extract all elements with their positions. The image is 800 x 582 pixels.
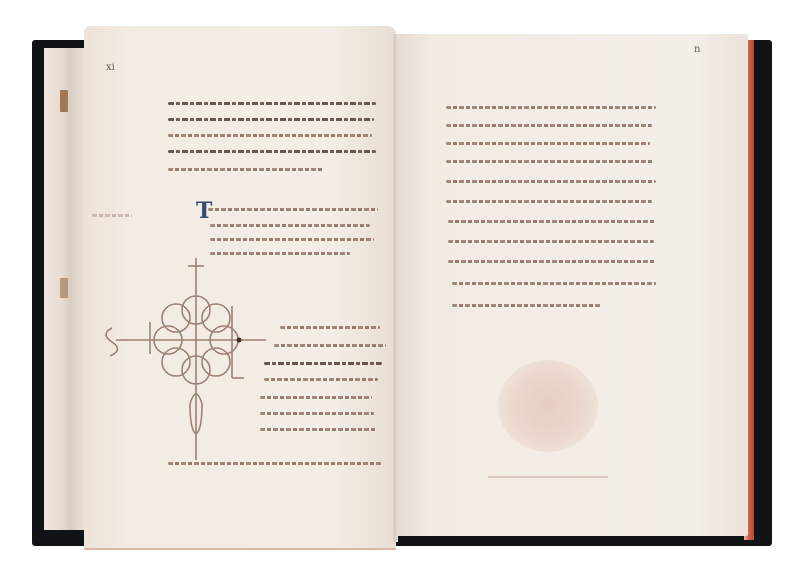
text-line [448, 220, 656, 223]
text-line [452, 304, 602, 307]
rose-diagram-icon [94, 254, 284, 470]
text-line [168, 118, 374, 121]
text-line [260, 428, 376, 431]
text-line [208, 208, 378, 211]
text-line [210, 224, 370, 227]
text-line [274, 344, 386, 347]
page-stack-left [44, 48, 88, 530]
text-line [168, 150, 376, 153]
text-line [452, 282, 656, 285]
page-marker: xi [106, 62, 115, 73]
text-line [448, 260, 656, 263]
left-page: xi [84, 26, 396, 548]
stain-mark [60, 90, 68, 112]
text-line [168, 462, 382, 465]
seal-underline [488, 476, 608, 478]
wax-seal [498, 360, 598, 452]
right-page: n [396, 34, 748, 536]
text-line [446, 180, 656, 183]
text-line [446, 160, 654, 163]
margin-note [92, 214, 132, 217]
text-line [446, 142, 650, 145]
text-line [168, 102, 376, 105]
text-line [446, 124, 652, 127]
text-line [448, 240, 654, 243]
stain-mark [60, 278, 68, 298]
page-marker: n [694, 44, 700, 55]
text-line [210, 238, 374, 241]
text-line [260, 412, 374, 415]
text-line [446, 106, 656, 109]
text-line [168, 134, 372, 137]
text-line [168, 168, 324, 171]
initial-letter: T [196, 198, 212, 224]
text-line [264, 362, 382, 365]
text-line [260, 396, 372, 399]
text-line [446, 200, 652, 203]
text-line [264, 378, 378, 381]
text-line [280, 326, 380, 329]
